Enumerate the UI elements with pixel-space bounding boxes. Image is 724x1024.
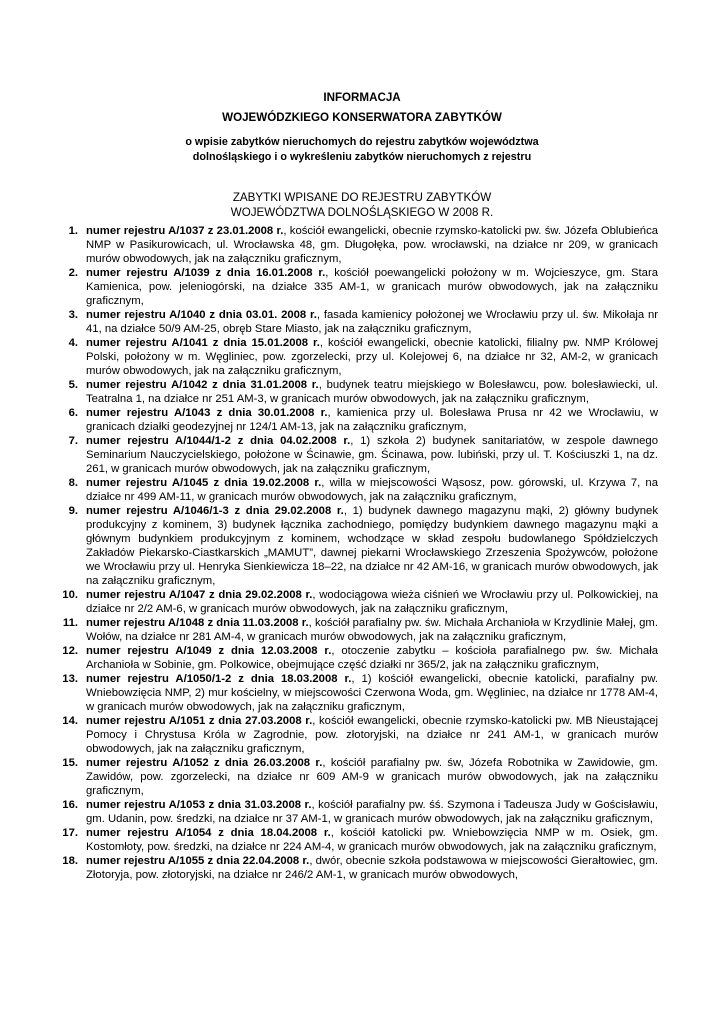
registry-entry: 17.numer rejestru A/1054 z dnia 18.04.20… xyxy=(56,826,658,854)
entry-number: 14. xyxy=(56,714,78,728)
document-description-line1: o wpisie zabytków nieruchomych do rejest… xyxy=(0,135,724,150)
entry-lead: numer rejestru A/1051 z dnia 27.03.2008 … xyxy=(86,715,312,727)
entry-lead: numer rejestru A/1047 z dnia 29.02.2008 … xyxy=(86,589,312,601)
entry-number: 8. xyxy=(56,476,78,490)
entry-number: 18. xyxy=(56,854,78,868)
registry-entry: 10.numer rejestru A/1047 z dnia 29.02.20… xyxy=(56,588,658,616)
entry-lead: numer rejestru A/1039 z dnia 16.01.2008 … xyxy=(86,267,325,279)
section-heading-line1: ZABYTKI WPISANE DO REJESTRU ZABYTKÓW xyxy=(0,191,724,206)
entry-lead: numer rejestru A/1052 z dnia 26.03.2008 … xyxy=(86,757,322,769)
document-description-line2: dolnośląskiego i o wykreśleniu zabytków … xyxy=(0,150,724,165)
entry-text: , 1) budynek dawnego magazynu mąki, 2) g… xyxy=(86,505,658,587)
document-page: INFORMACJA WOJEWÓDZKIEGO KONSERWATORA ZA… xyxy=(0,0,724,1024)
entry-number: 13. xyxy=(56,672,78,686)
entry-lead: numer rejestru A/1050/1-2 z dnia 18.03.2… xyxy=(86,673,351,685)
entry-lead: numer rejestru A/1045 z dnia 19.02.2008 … xyxy=(86,477,321,489)
registry-entry: 5.numer rejestru A/1042 z dnia 31.01.200… xyxy=(56,378,658,406)
entry-lead: numer rejestru A/1048 z dnia 11.03.2008 … xyxy=(86,617,309,629)
registry-entry: 4.numer rejestru A/1041 z dnia 15.01.200… xyxy=(56,336,658,378)
entry-number: 16. xyxy=(56,798,78,812)
registry-entry: 2.numer rejestru A/1039 z dnia 16.01.200… xyxy=(56,266,658,308)
document-title: INFORMACJA xyxy=(0,88,724,108)
registry-entry: 3.numer rejestru A/1040 z dnia 03.01. 20… xyxy=(56,308,658,336)
entry-number: 1. xyxy=(56,224,78,238)
entry-number: 11. xyxy=(56,616,78,630)
registry-entry: 9.numer rejestru A/1046/1-3 z dnia 29.02… xyxy=(56,504,658,588)
section-heading-line2: WOJEWÓDZTWA DOLNOŚLĄSKIEGO W 2008 R. xyxy=(0,206,724,221)
registry-entry: 11.numer rejestru A/1048 z dnia 11.03.20… xyxy=(56,616,658,644)
entry-number: 12. xyxy=(56,644,78,658)
registry-entry: 8.numer rejestru A/1045 z dnia 19.02.200… xyxy=(56,476,658,504)
registry-entry: 18.numer rejestru A/1055 z dnia 22.04.20… xyxy=(56,854,658,882)
entry-lead: numer rejestru A/1046/1-3 z dnia 29.02.2… xyxy=(86,505,344,517)
entry-lead: numer rejestru A/1055 z dnia 22.04.2008 … xyxy=(86,855,309,867)
registry-entry: 16.numer rejestru A/1053 z dnia 31.03.20… xyxy=(56,798,658,826)
document-header: INFORMACJA WOJEWÓDZKIEGO KONSERWATORA ZA… xyxy=(0,88,724,128)
entry-number: 15. xyxy=(56,756,78,770)
entry-number: 4. xyxy=(56,336,78,350)
registry-entry: 6.numer rejestru A/1043 z dnia 30.01.200… xyxy=(56,406,658,434)
registry-entry: 12.numer rejestru A/1049 z dnia 12.03.20… xyxy=(56,644,658,672)
entry-lead: numer rejestru A/1049 z dnia 12.03.2008 … xyxy=(86,645,331,657)
registry-entry: 15.numer rejestru A/1052 z dnia 26.03.20… xyxy=(56,756,658,798)
registry-entry: 13.numer rejestru A/1050/1-2 z dnia 18.0… xyxy=(56,672,658,714)
document-description: o wpisie zabytków nieruchomych do rejest… xyxy=(0,135,724,165)
registry-entry: 14.numer rejestru A/1051 z dnia 27.03.20… xyxy=(56,714,658,756)
registry-entry: 7.numer rejestru A/1044/1-2 z dnia 04.02… xyxy=(56,434,658,476)
entry-number: 7. xyxy=(56,434,78,448)
entry-lead: numer rejestru A/1043 z dnia 30.01.2008 … xyxy=(86,407,328,419)
entry-lead: numer rejestru A/1037 z 23.01.2008 r. xyxy=(86,225,283,237)
entry-lead: numer rejestru A/1040 z dnia 03.01. 2008… xyxy=(86,309,317,321)
entry-number: 9. xyxy=(56,504,78,518)
registry-entry: 1.numer rejestru A/1037 z 23.01.2008 r.,… xyxy=(56,224,658,266)
entry-number: 10. xyxy=(56,588,78,602)
entry-number: 5. xyxy=(56,378,78,392)
entry-lead: numer rejestru A/1041 z dnia 15.01.2008 … xyxy=(86,337,320,349)
entry-number: 2. xyxy=(56,266,78,280)
entry-number: 3. xyxy=(56,308,78,322)
entry-number: 6. xyxy=(56,406,78,420)
section-heading: ZABYTKI WPISANE DO REJESTRU ZABYTKÓW WOJ… xyxy=(0,191,724,220)
document-subtitle: WOJEWÓDZKIEGO KONSERWATORA ZABYTKÓW xyxy=(0,108,724,128)
entry-lead: numer rejestru A/1044/1-2 z dnia 04.02.2… xyxy=(86,435,350,447)
entry-lead: numer rejestru A/1054 z dnia 18.04.2008 … xyxy=(86,827,331,839)
registry-entries-list: 1.numer rejestru A/1037 z 23.01.2008 r.,… xyxy=(56,224,658,882)
entry-lead: numer rejestru A/1042 z dnia 31.01.2008 … xyxy=(86,379,319,391)
entry-lead: numer rejestru A/1053 z dnia 31.03.2008 … xyxy=(86,799,311,811)
entry-number: 17. xyxy=(56,826,78,840)
